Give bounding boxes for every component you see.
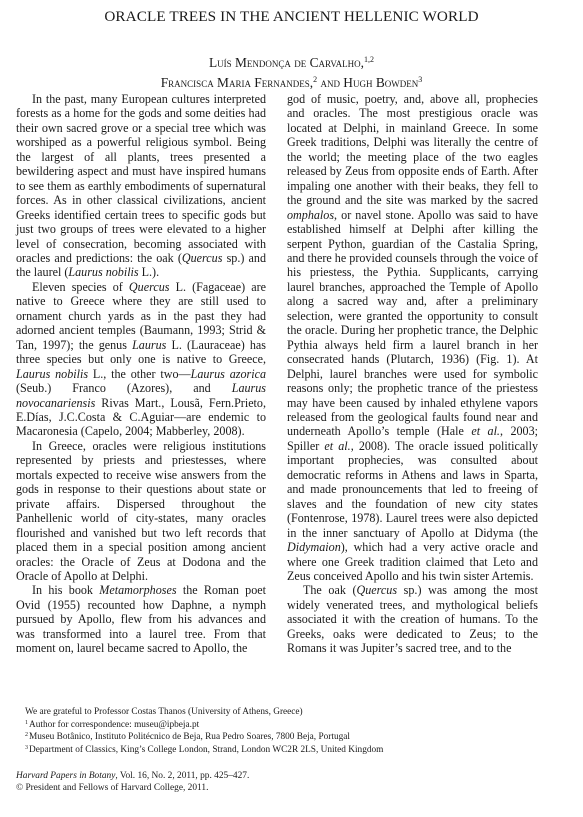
paragraph-continued: god of music, poetry, and, above all, pr… [287,92,538,583]
paragraph: Eleven species of Quercus L. (Fagaceae) … [16,280,266,439]
paragraph: The oak (Quercus sp.) was among the most… [287,583,538,655]
author-line-1: Luís Mendonça de Carvalho,1,2 [0,53,583,73]
footnote-2: 2Museu Botânico, Instituto Politécnico d… [25,731,545,744]
article-title: ORACLE TREES IN THE ANCIENT HELLENIC WOR… [0,8,583,26]
author-conjunction: and [317,75,343,90]
footnote-3: 3Department of Classics, King’s College … [25,744,545,757]
paragraph: In his book Metamorphoses the Roman poet… [16,583,266,655]
author-name: Luís Mendonça de Carvalho, [209,55,364,70]
author-name: Francisca Maria Fernandes, [161,75,313,90]
affiliation-mark: 1,2 [364,55,374,64]
footnotes: We are grateful to Professor Costas Than… [25,706,545,756]
affiliation-mark: 3 [418,75,422,84]
author-list: Luís Mendonça de Carvalho,1,2 Francisca … [0,53,583,93]
acknowledgement: We are grateful to Professor Costas Than… [25,706,545,719]
footnote-1: 1Author for correspondence: museu@ipbeja… [25,719,545,732]
author-line-2: Francisca Maria Fernandes,2 and Hugh Bow… [0,73,583,93]
citation-line: Harvard Papers in Botany, Vol. 16, No. 2… [16,770,516,782]
journal-citation: Harvard Papers in Botany, Vol. 16, No. 2… [16,770,516,795]
body-column-right: god of music, poetry, and, above all, pr… [287,92,538,656]
journal-name: Harvard Papers in Botany [16,771,115,781]
paragraph: In the past, many European cultures inte… [16,92,266,280]
paragraph: In Greece, oracles were religious instit… [16,439,266,584]
body-column-left: In the past, many European cultures inte… [16,92,266,656]
copyright-line: © President and Fellows of Harvard Colle… [16,782,516,794]
author-name: Hugh Bowden [343,75,418,90]
